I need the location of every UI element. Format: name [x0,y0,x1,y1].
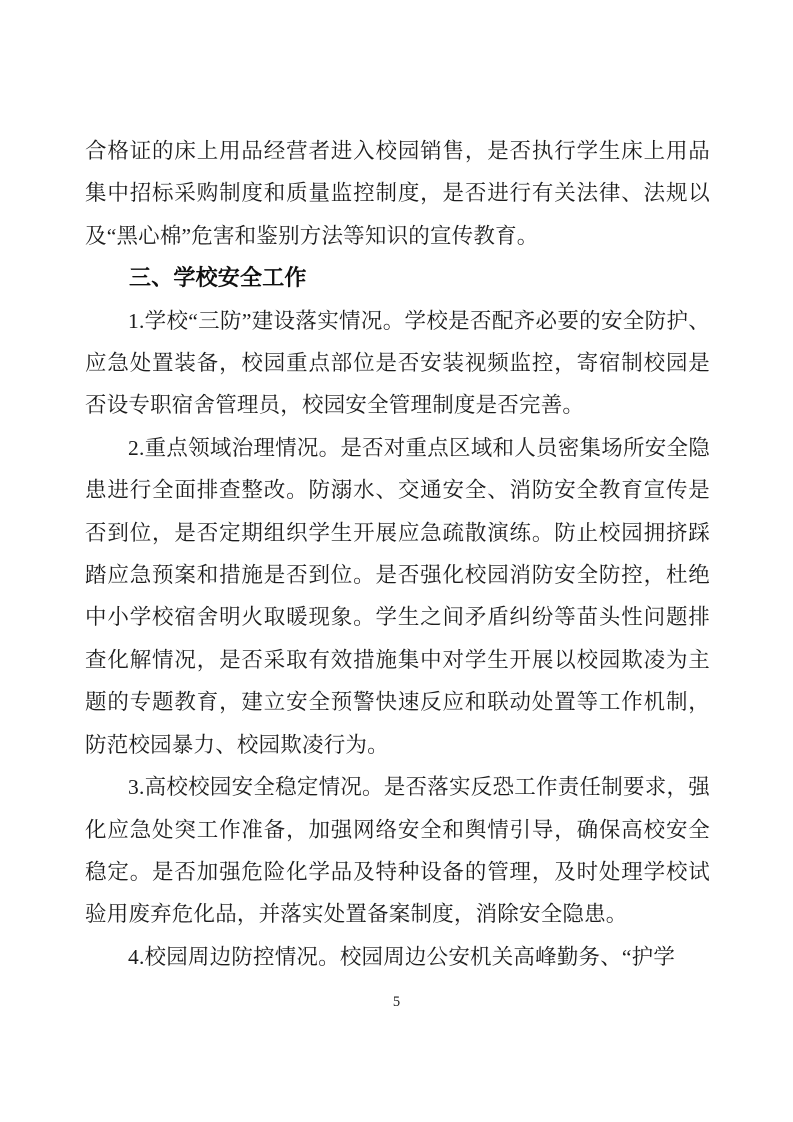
document-body: 合格证的床上用品经营者进入校园销售，是否执行学生床上用品集中招标采购制度和质量监… [85,130,710,978]
paragraph-campus-perimeter-control: 4.校园周边防控情况。校园周边公安机关高峰勤务、“护学 [85,936,710,978]
paragraph-three-defenses-construction: 1.学校“三防”建设落实情况。学校是否配齐必要的安全防护、应急处置装备，校园重点… [85,300,710,427]
section-heading-school-safety-work: 三、学校安全工作 [85,257,710,299]
paragraph-bedding-products-continuation: 合格证的床上用品经营者进入校园销售，是否执行学生床上用品集中招标采购制度和质量监… [85,130,710,257]
page-number: 5 [0,992,793,1012]
paragraph-key-area-governance: 2.重点领域治理情况。是否对重点区域和人员密集场所安全隐患进行全面排查整改。防溺… [85,427,710,766]
document-page: 合格证的床上用品经营者进入校园销售，是否执行学生床上用品集中招标采购制度和质量监… [0,0,793,1122]
paragraph-university-campus-stability: 3.高校校园安全稳定情况。是否落实反恐工作责任制要求，强化应急处突工作准备，加强… [85,766,710,936]
